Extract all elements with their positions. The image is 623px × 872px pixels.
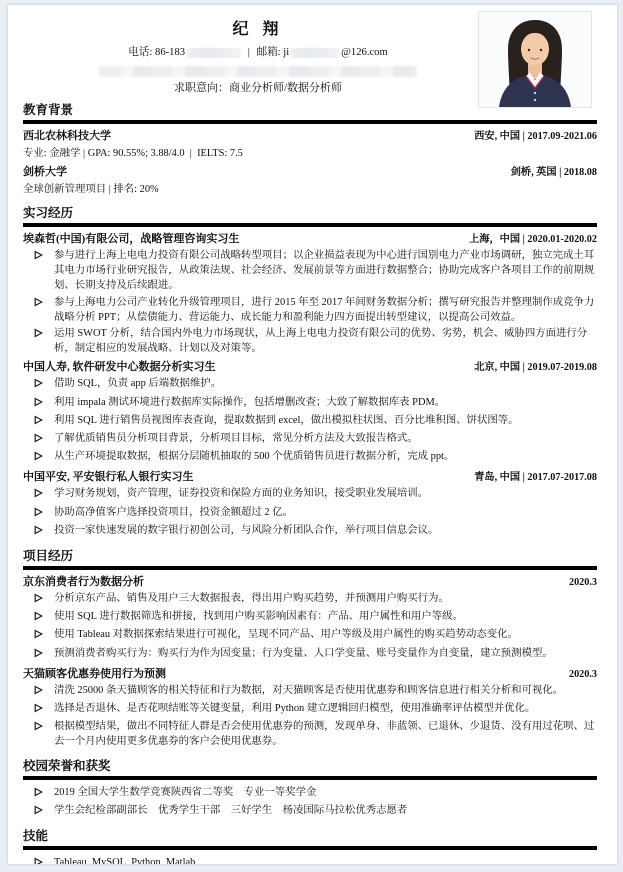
bullet-text: 从生产环境提取数据，根据分层随机抽取的 500 个优质销售员进行数据分析，完成 … xyxy=(54,449,597,466)
arrow-bullet-icon xyxy=(23,395,54,412)
redacted-address xyxy=(99,66,417,77)
section-internships: 实习经历 埃森哲(中国)有限公司，战略管理咨询实习生 上海，中国 | 2020.… xyxy=(23,206,597,540)
projects-title: 项目经历 xyxy=(23,549,597,564)
bullet-item: 运用 SWOT 分析，结合国内外电力市场现状，从上海上电电力投资有限公司的优势、… xyxy=(23,326,597,356)
bullet-item: 预测消费者购买行为：购买行为作为因变量；行为变量、人口学变量、账号变量作为自变量… xyxy=(23,646,597,663)
arrow-bullet-icon xyxy=(23,683,54,700)
arrow-bullet-icon xyxy=(23,719,54,749)
education-detail: 全球创新管理项目 | 排名: 20% xyxy=(23,182,597,197)
bullet-item: 从生产环境提取数据，根据分层随机抽取的 500 个优质销售员进行数据分析，完成 … xyxy=(23,449,597,466)
email-domain: @126.com xyxy=(341,47,388,58)
bullet-item: 学生会纪检部副部长 优秀学生干部 三好学生 杨凌国际马拉松优秀志愿者 xyxy=(23,803,597,820)
company-location-date: 青岛, 中国 | 2017.07-2017.08 xyxy=(474,470,597,485)
bullet-text: 学习财务规划，资产管理，证券投资和保险方面的业务知识，接受职业发展培训。 xyxy=(54,486,597,503)
job-objective: 求职意向：商业分析师/数据分析师 xyxy=(23,80,493,96)
school-name: 剑桥大学 xyxy=(23,165,67,180)
bullet-text: 参与上海电力公司产业转化升级管理项目，进行 2015 年至 2017 年间财务数… xyxy=(54,295,597,325)
bullet-item: 2019 全国大学生数学竞赛陕西省二等奖 专业一等奖学金 xyxy=(23,785,597,802)
section-honors: 校园荣誉和获奖 2019 全国大学生数学竞赛陕西省二等奖 专业一等奖学金 学生会… xyxy=(23,759,597,820)
candidate-name: 纪 翔 xyxy=(23,20,493,40)
bullet-item: 了解优质销售员分析项目背景，分析项目目标，常见分析方法及大致报告格式。 xyxy=(23,431,597,448)
bullet-text: 使用 Tableau 对数据探索结果进行可视化，呈现不同产品、用户等级及用户属性… xyxy=(54,627,597,644)
internship-entry: 中国平安, 平安银行私人银行实习生 青岛, 中国 | 2017.07-2017.… xyxy=(23,470,597,540)
bullet-text: 使用 SQL 进行数据筛选和拼接，找到用户购买影响因素有：产品、用户属性和用户等… xyxy=(54,609,597,626)
arrow-bullet-icon xyxy=(23,627,54,644)
bullet-text: 学生会纪检部副部长 优秀学生干部 三好学生 杨凌国际马拉松优秀志愿者 xyxy=(54,803,597,820)
section-divider xyxy=(23,223,597,227)
bullet-text: 了解优质销售员分析项目背景，分析项目目标，常见分析方法及大致报告格式。 xyxy=(54,431,597,448)
portrait-illustration xyxy=(479,12,591,107)
bullet-text: Tableau, MySQL, Python, Matlab xyxy=(54,855,597,864)
bullet-text: 协助高净值客户选择投资项目，投资金额超过 2 亿。 xyxy=(54,505,597,522)
internship-entry: 中国人寿, 软件研发中心数据分析实习生 北京, 中国 | 2019.07-201… xyxy=(23,360,597,466)
arrow-bullet-icon xyxy=(23,486,54,503)
bullet-item: 使用 Tableau 对数据探索结果进行可视化，呈现不同产品、用户等级及用户属性… xyxy=(23,627,597,644)
bullet-text: 利用 SQL 进行销售员视图库表查询，提取数据到 excel，做出模拟柱状图、百… xyxy=(54,413,597,430)
bullet-text: 参与进行上海上电电力投资有限公司战略转型项目；以企业损益表现为中心进行国别电力产… xyxy=(54,248,597,294)
address-line xyxy=(23,64,493,76)
bullet-text: 利用 impala 测试环境进行数据库实际操作，包括增删改查；大致了解数据库表 … xyxy=(54,395,597,412)
company-role: 中国平安, 平安银行私人银行实习生 xyxy=(23,470,194,485)
education-entry: 西北农林科技大学 西安, 中国 | 2017.09-2021.06 专业: 金融… xyxy=(23,129,597,161)
contact-separator: | xyxy=(244,47,254,58)
section-divider xyxy=(23,776,597,780)
bullet-item: 参与进行上海上电电力投资有限公司战略转型项目；以企业损益表现为中心进行国别电力产… xyxy=(23,248,597,294)
bullet-item: 利用 impala 测试环境进行数据库实际操作，包括增删改查；大致了解数据库表 … xyxy=(23,395,597,412)
company-location-date: 上海，中国 | 2020.01-2020.02 xyxy=(469,232,597,247)
section-education: 教育背景 西北农林科技大学 西安, 中国 | 2017.09-2021.06 专… xyxy=(23,103,597,197)
bullet-item: 分析京东产品、销售及用户三大数据报表，得出用户购买趋势，并预测用户购买行为。 xyxy=(23,591,597,608)
school-location-date: 西安, 中国 | 2017.09-2021.06 xyxy=(474,129,597,144)
arrow-bullet-icon xyxy=(23,431,54,448)
section-divider xyxy=(23,846,597,850)
arrow-bullet-icon xyxy=(23,609,54,626)
section-skills: 技能 Tableau, MySQL, Python, Matlab xyxy=(23,829,597,864)
bullet-item: 参与上海电力公司产业转化升级管理项目，进行 2015 年至 2017 年间财务数… xyxy=(23,295,597,325)
bullet-text: 预测消费者购买行为：购买行为作为因变量；行为变量、人口学变量、账号变量作为自变量… xyxy=(54,646,597,663)
arrow-bullet-icon xyxy=(23,376,54,393)
arrow-bullet-icon xyxy=(23,248,54,294)
company-role: 埃森哲(中国)有限公司，战略管理咨询实习生 xyxy=(23,232,239,247)
phone-label: 电话: 86-183 xyxy=(128,47,185,58)
school-location-date: 剑桥, 英国 | 2018.08 xyxy=(511,165,597,180)
company-role: 中国人寿, 软件研发中心数据分析实习生 xyxy=(23,360,216,375)
bullet-text: 运用 SWOT 分析，结合国内外电力市场现状，从上海上电电力投资有限公司的优势、… xyxy=(54,326,597,356)
bullet-text: 根据模型结果，做出不同特征人群是否会使用优惠券的预测，发现单身、非蓝领、已退休、… xyxy=(54,719,597,749)
arrow-bullet-icon xyxy=(23,785,54,802)
bullet-item: 清洗 25000 条天猫顾客的相关特征和行为数据，对天猫顾客是否使用优惠券和顾客… xyxy=(23,683,597,700)
arrow-bullet-icon xyxy=(23,326,54,356)
redacted-phone xyxy=(187,48,241,58)
internship-entry: 埃森哲(中国)有限公司，战略管理咨询实习生 上海，中国 | 2020.01-20… xyxy=(23,232,597,356)
company-location-date: 北京, 中国 | 2019.07-2019.08 xyxy=(474,360,597,375)
education-entry: 剑桥大学 剑桥, 英国 | 2018.08 全球创新管理项目 | 排名: 20% xyxy=(23,165,597,197)
bullet-item: 选择是否退休、是否花呗结账等关键变量，利用 Python 建立逻辑回归模型，使用… xyxy=(23,701,597,718)
contact-line: 电话: 86-183 | 邮箱: ji@126.com xyxy=(23,45,493,60)
bullet-item: 借助 SQL，负责 app 后端数据维护。 xyxy=(23,376,597,393)
arrow-bullet-icon xyxy=(23,646,54,663)
bullet-text: 2019 全国大学生数学竞赛陕西省二等奖 专业一等奖学金 xyxy=(54,785,597,802)
project-entry: 天猫顾客优惠券使用行为预测 2020.3 清洗 25000 条天猫顾客的相关特征… xyxy=(23,667,597,750)
section-projects: 项目经历 京东消费者行为数据分析 2020.3 分析京东产品、销售及用户三大数据… xyxy=(23,549,597,750)
project-name: 天猫顾客优惠券使用行为预测 xyxy=(23,667,166,682)
bullet-item: 学习财务规划，资产管理，证券投资和保险方面的业务知识，接受职业发展培训。 xyxy=(23,486,597,503)
objective-label: 求职意向： xyxy=(174,82,229,94)
objective-value: 商业分析师/数据分析师 xyxy=(229,82,342,94)
profile-photo xyxy=(479,12,591,107)
arrow-bullet-icon xyxy=(23,855,54,864)
section-divider xyxy=(23,120,597,124)
resume-page: 纪 翔 电话: 86-183 | 邮箱: ji@126.com 求职意向：商业分… xyxy=(8,5,617,864)
honors-title: 校园荣誉和获奖 xyxy=(23,759,597,774)
arrow-bullet-icon xyxy=(23,591,54,608)
arrow-bullet-icon xyxy=(23,413,54,430)
internships-title: 实习经历 xyxy=(23,206,597,221)
bullet-text: 清洗 25000 条天猫顾客的相关特征和行为数据，对天猫顾客是否使用优惠券和顾客… xyxy=(54,683,597,700)
bullet-text: 投资一家快速发展的数字银行初创公司，与风险分析团队合作，举行项目信息会议。 xyxy=(54,523,597,540)
school-name: 西北农林科技大学 xyxy=(23,129,111,144)
arrow-bullet-icon xyxy=(23,803,54,820)
arrow-bullet-icon xyxy=(23,523,54,540)
project-date: 2020.3 xyxy=(569,667,597,682)
bullet-item: 协助高净值客户选择投资项目，投资金额超过 2 亿。 xyxy=(23,505,597,522)
arrow-bullet-icon xyxy=(23,701,54,718)
bullet-item: 利用 SQL 进行销售员视图库表查询，提取数据到 excel，做出模拟柱状图、百… xyxy=(23,413,597,430)
redacted-email xyxy=(290,48,340,58)
bullet-item: 使用 SQL 进行数据筛选和拼接，找到用户购买影响因素有：产品、用户属性和用户等… xyxy=(23,609,597,626)
email-label: 邮箱: ji xyxy=(257,47,290,58)
arrow-bullet-icon xyxy=(23,295,54,325)
education-detail: 专业: 金融学 | GPA: 90.55%; 3.88/4.0 | IELTS:… xyxy=(23,146,597,161)
project-name: 京东消费者行为数据分析 xyxy=(23,575,144,590)
bullet-text: 借助 SQL，负责 app 后端数据维护。 xyxy=(54,376,597,393)
bullet-text: 选择是否退休、是否花呗结账等关键变量，利用 Python 建立逻辑回归模型，使用… xyxy=(54,701,597,718)
bullet-item: 根据模型结果，做出不同特征人群是否会使用优惠券的预测，发现单身、非蓝领、已退休、… xyxy=(23,719,597,749)
bullet-item: Tableau, MySQL, Python, Matlab xyxy=(23,855,597,864)
project-date: 2020.3 xyxy=(569,575,597,590)
bullet-item: 投资一家快速发展的数字银行初创公司，与风险分析团队合作，举行项目信息会议。 xyxy=(23,523,597,540)
bullet-text: 分析京东产品、销售及用户三大数据报表，得出用户购买趋势，并预测用户购买行为。 xyxy=(54,591,597,608)
project-entry: 京东消费者行为数据分析 2020.3 分析京东产品、销售及用户三大数据报表，得出… xyxy=(23,575,597,663)
section-divider xyxy=(23,566,597,570)
arrow-bullet-icon xyxy=(23,449,54,466)
arrow-bullet-icon xyxy=(23,505,54,522)
skills-title: 技能 xyxy=(23,829,597,844)
